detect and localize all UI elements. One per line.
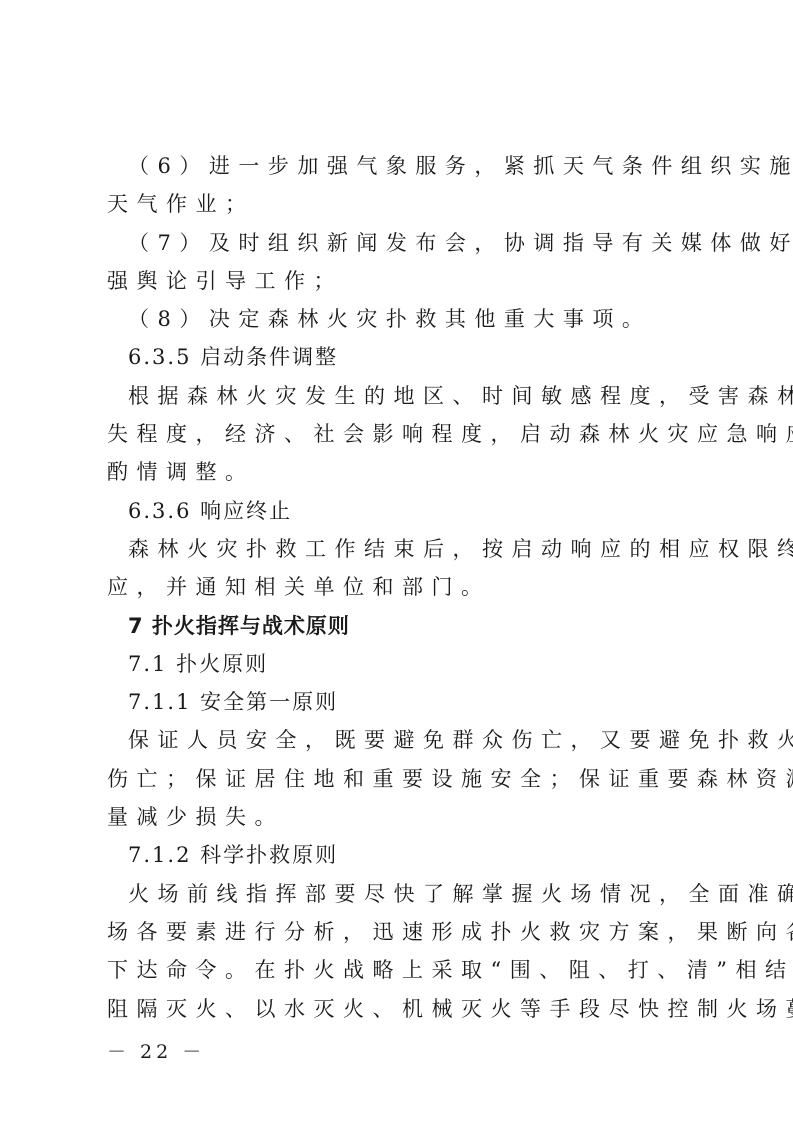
list-item-6-line-1: （6）进一步加强气象服务，紧抓天气条件组织实施人工影响 (107, 147, 694, 185)
paragraph-7-1-2-line-3: 下达命令。在扑火战略上采取“围、阻、打、清”相结合，依靠 (107, 951, 694, 989)
list-item-6-line-2: 天气作业； (107, 185, 694, 223)
paragraph-6-3-6-line-1: 森林火灾扑救工作结束后，按启动响应的相应权限终止响 (107, 530, 694, 568)
paragraph-7-1-1-line-2: 伤亡；保证居住地和重要设施安全；保证重要森林资源安全，尽 (107, 760, 694, 798)
paragraph-7-1-1-line-1: 保证人员安全，既要避免群众伤亡，又要避免扑救火灾人员 (107, 721, 694, 759)
paragraph-6-3-5-line-1: 根据森林火灾发生的地区、时间敏感程度，受害森林资源损 (107, 377, 694, 415)
paragraph-7-1-2-line-2: 场各要素进行分析，迅速形成扑火救灾方案，果断向各扑火队伍 (107, 913, 694, 951)
heading-7-1-1: 7.1.1 安全第一原则 (107, 683, 694, 721)
heading-7-1-2: 7.1.2 科学扑救原则 (107, 836, 694, 874)
list-item-8: （8）决定森林火灾扑救其他重大事项。 (107, 300, 694, 338)
paragraph-7-1-1-line-3: 量减少损失。 (107, 798, 694, 836)
list-item-7-line-1: （7）及时组织新闻发布会，协调指导有关媒体做好报道，加 (107, 224, 694, 262)
paragraph-7-1-2-line-1: 火场前线指挥部要尽快了解掌握火场情况，全面准确地对火 (107, 875, 694, 913)
paragraph-6-3-5-line-3: 酌情调整。 (107, 453, 694, 491)
paragraph-6-3-6-line-2: 应，并通知相关单位和部门。 (107, 568, 694, 606)
heading-6-3-5: 6.3.5 启动条件调整 (107, 338, 694, 376)
document-page: （6）进一步加强气象服务，紧抓天气条件组织实施人工影响 天气作业； （7）及时组… (107, 147, 694, 1028)
heading-6-3-6: 6.3.6 响应终止 (107, 492, 694, 530)
page-number: － 22 － (107, 1037, 205, 1064)
heading-7-1: 7.1 扑火原则 (107, 645, 694, 683)
paragraph-7-1-2-line-4: 阻隔灭火、以水灭火、机械灭火等手段尽快控制火场蔓延，做到 (107, 990, 694, 1028)
list-item-7-line-2: 强舆论引导工作； (107, 262, 694, 300)
section-heading-7: 7 扑火指挥与战术原则 (107, 607, 694, 645)
paragraph-6-3-5-line-2: 失程度，经济、社会影响程度，启动森林火灾应急响应的标准可 (107, 415, 694, 453)
